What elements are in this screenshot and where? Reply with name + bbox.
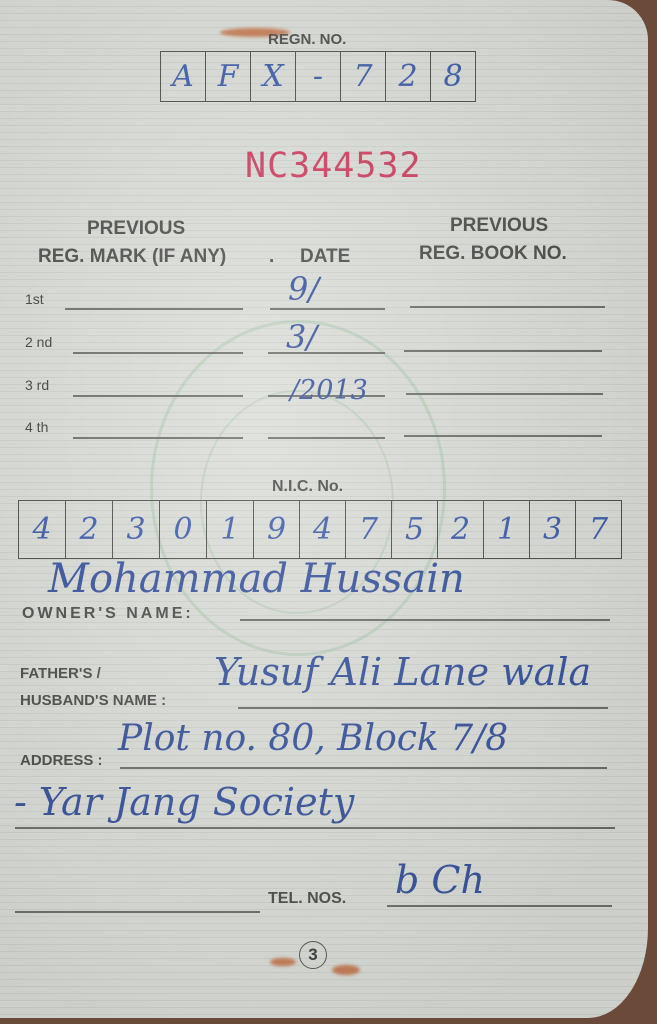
date-header: DATE: [300, 246, 350, 268]
tel-nos-line: [387, 905, 612, 907]
row-1-book-no-line: [410, 306, 605, 308]
date-dot: .: [269, 246, 274, 268]
nic-digit-box: 2: [438, 501, 484, 558]
row-label-1st: 1st: [25, 291, 44, 307]
row-1-date-line: [270, 308, 385, 310]
owner-name-line: [240, 619, 610, 621]
row-3-reg-mark-line: [73, 395, 243, 397]
prev-reg-mark-header-2: REG. MARK (IF ANY): [38, 246, 226, 268]
nic-digit-box: 4: [19, 501, 66, 558]
row-label-3rd: 3 rd: [25, 377, 49, 393]
row-4-date-line: [268, 437, 385, 439]
nic-boxes: 4 2 3 0 1 9 4 7 5 2 1 3 7: [18, 500, 622, 559]
address-value-line2: - Yar Jang Society: [14, 780, 354, 824]
nic-digit-box: 4: [300, 501, 346, 558]
father-name-value: Yusuf Ali Lane wala: [214, 650, 591, 694]
rust-stain-bottom-right: [332, 965, 360, 975]
row-4-book-no-line: [404, 435, 602, 437]
prev-book-no-header-2: REG. BOOK NO.: [419, 243, 567, 265]
regn-char-box: A: [161, 52, 206, 101]
nic-digit-box: 1: [207, 501, 254, 558]
regn-char-box: X: [251, 52, 296, 101]
prev-reg-mark-header-1: PREVIOUS: [87, 218, 185, 240]
row-1-reg-mark-line: [65, 308, 243, 310]
address-label: ADDRESS :: [20, 752, 103, 769]
owner-name-value: Mohammad Hussain: [48, 556, 465, 602]
owner-name-label: OWNER'S NAME:: [22, 605, 194, 623]
row-2-book-no-line: [404, 350, 602, 352]
regn-char-box: 7: [341, 52, 386, 101]
row-4-reg-mark-line: [73, 437, 243, 439]
tel-left-line: [15, 911, 260, 913]
nic-digit-box: 3: [113, 501, 160, 558]
nic-label: N.I.C. No.: [272, 478, 343, 496]
nic-digit-box: 5: [392, 501, 438, 558]
prev-book-no-header-1: PREVIOUS: [450, 215, 548, 237]
regn-char-box: F: [206, 52, 251, 101]
tel-nos-label: TEL. NOS.: [268, 890, 346, 908]
address-line-1: [120, 767, 607, 769]
address-value-line1: Plot no. 80, Block 7/8: [118, 718, 508, 759]
handwritten-date-day: 9/: [288, 270, 319, 308]
row-label-4th: 4 th: [25, 419, 48, 435]
regn-no-label: REGN. NO.: [268, 31, 346, 48]
regn-char-box: -: [296, 52, 341, 101]
handwritten-date-month: 3/: [286, 318, 317, 356]
nic-digit-box: 3: [530, 501, 576, 558]
nic-digit-box: 7: [346, 501, 392, 558]
regn-no-boxes: A F X - 7 2 8: [160, 51, 476, 102]
nic-digit-box: 0: [160, 501, 207, 558]
address-line-2: [15, 827, 615, 829]
page-number: 3: [299, 941, 327, 969]
row-label-2nd: 2 nd: [25, 334, 52, 350]
tel-nos-value: b Ch: [395, 858, 485, 902]
serial-number: NC344532: [245, 146, 422, 186]
father-name-line: [238, 707, 608, 709]
registration-book-page: REGN. NO. A F X - 7 2 8 NC344532 PREVIOU…: [0, 0, 648, 1018]
nic-digit-box: 9: [254, 501, 300, 558]
row-3-book-no-line: [406, 393, 603, 395]
father-name-label-line1: FATHER'S /: [20, 665, 101, 682]
handwritten-date-year: /2013: [290, 375, 368, 406]
rust-stain-bottom-left: [270, 958, 296, 966]
regn-char-box: 8: [431, 52, 475, 101]
row-2-reg-mark-line: [73, 352, 243, 354]
nic-digit-box: 1: [484, 501, 530, 558]
nic-digit-box: 2: [66, 501, 113, 558]
nic-digit-box: 7: [576, 501, 621, 558]
regn-char-box: 2: [386, 52, 431, 101]
father-name-label-line2: HUSBAND'S NAME :: [20, 692, 166, 709]
